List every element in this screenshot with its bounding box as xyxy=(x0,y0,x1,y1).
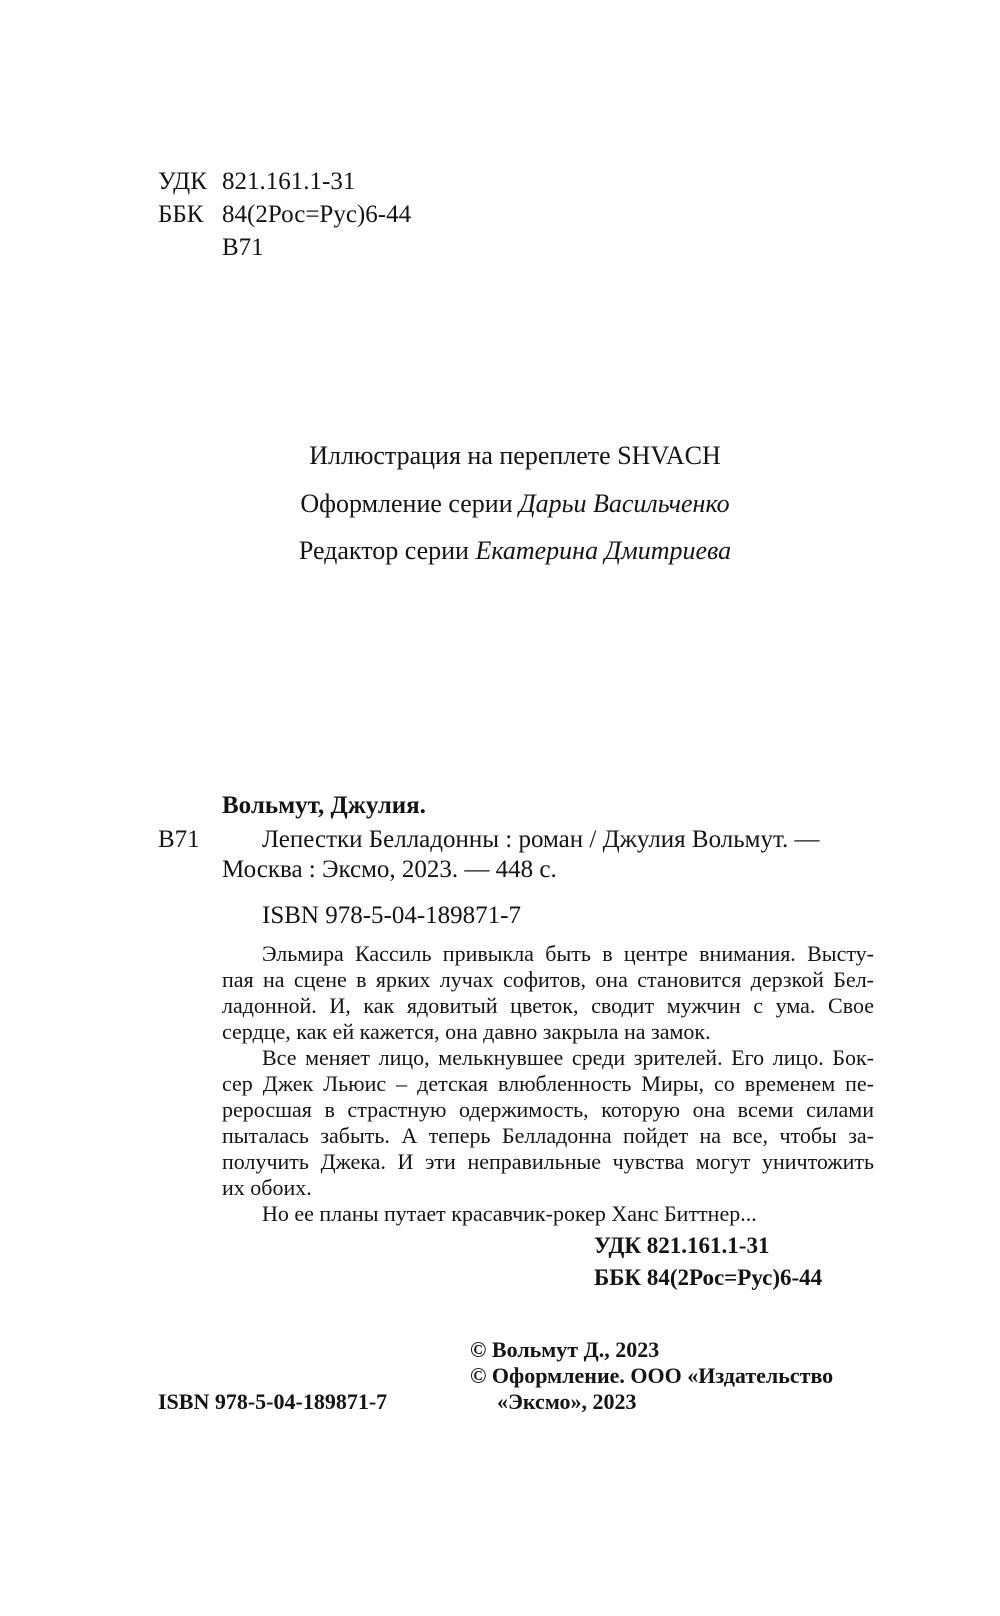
credit-series-design-role: Оформление серии xyxy=(300,489,519,518)
annotation-line: получить Джека. И эти неправильные чувст… xyxy=(222,1148,874,1175)
credit-series-editor-role: Редактор серии xyxy=(299,536,476,565)
credit-series-editor-name: Екатерина Дмитриева xyxy=(475,536,731,565)
annotation-line: реросшая в страстную одержимость, котору… xyxy=(222,1096,874,1123)
udk-value: 821.161.1-31 xyxy=(222,168,355,196)
credit-illustration: Иллюстрация на переплете SHVACH xyxy=(0,442,1000,470)
annotation-line: их обоих. xyxy=(222,1174,312,1201)
annotation-line: сер Джек Льюис – детская влюбленность Ми… xyxy=(222,1070,874,1097)
copyright-author: © Вольмут Д., 2023 xyxy=(470,1336,659,1364)
credit-series-design: Оформление серии Дарьи Васильченко xyxy=(0,490,1000,518)
annotation-line: Все меняет лицо, мелькнувшее среди зрите… xyxy=(262,1044,874,1071)
udk-label: УДК xyxy=(158,168,207,196)
credit-illustration-name: SHVACH xyxy=(617,441,721,470)
annotation-line: сердце, как ей кажется, она давно закрыл… xyxy=(222,1018,711,1045)
catalog-author-mark: В71 xyxy=(158,826,200,854)
book-imprint-page: УДК 821.161.1-31 ББК 84(2Рос=Рус)6-44 В7… xyxy=(0,0,1000,1616)
annotation-line: Эльмира Кассиль привыкла быть в центре в… xyxy=(262,940,874,967)
copyright-publisher: «Эксмо», 2023 xyxy=(497,1388,637,1416)
catalog-author: Вольмут, Джулия. xyxy=(222,792,426,820)
bbk-value: 84(2Рос=Рус)6-44 xyxy=(222,201,411,229)
copyright-design: © Оформление. ООО «Издательство xyxy=(470,1362,833,1390)
annotation-line: пыталась забыть. А теперь Белладонна пой… xyxy=(222,1122,874,1149)
bbk-label: ББК xyxy=(158,201,203,229)
catalog-isbn: ISBN 978-5-04-189871-7 xyxy=(262,902,521,930)
footer-udk: УДК 821.161.1-31 xyxy=(594,1232,769,1260)
author-mark: В71 xyxy=(222,234,264,262)
catalog-title-line-2: Москва : Эксмо, 2023. — 448 с. xyxy=(222,856,557,884)
annotation-line: Но ее планы путает красавчик-рокер Ханс … xyxy=(262,1200,757,1227)
bottom-isbn: ISBN 978-5-04-189871-7 xyxy=(158,1388,387,1416)
credit-series-design-name: Дарьи Васильченко xyxy=(519,489,730,518)
catalog-title-line-1: Лепестки Белладонны : роман / Джулия Вол… xyxy=(262,826,820,854)
annotation-line: пая на сцене в ярких лучах софитов, она … xyxy=(222,966,874,993)
credit-series-editor: Редактор серии Екатерина Дмитриева xyxy=(0,537,1000,565)
footer-bbk: ББК 84(2Рос=Рус)6-44 xyxy=(594,1264,822,1292)
annotation-line: ладонной. И, как ядовитый цветок, сводит… xyxy=(222,992,874,1019)
credit-illustration-role: Иллюстрация на переплете xyxy=(309,441,617,470)
